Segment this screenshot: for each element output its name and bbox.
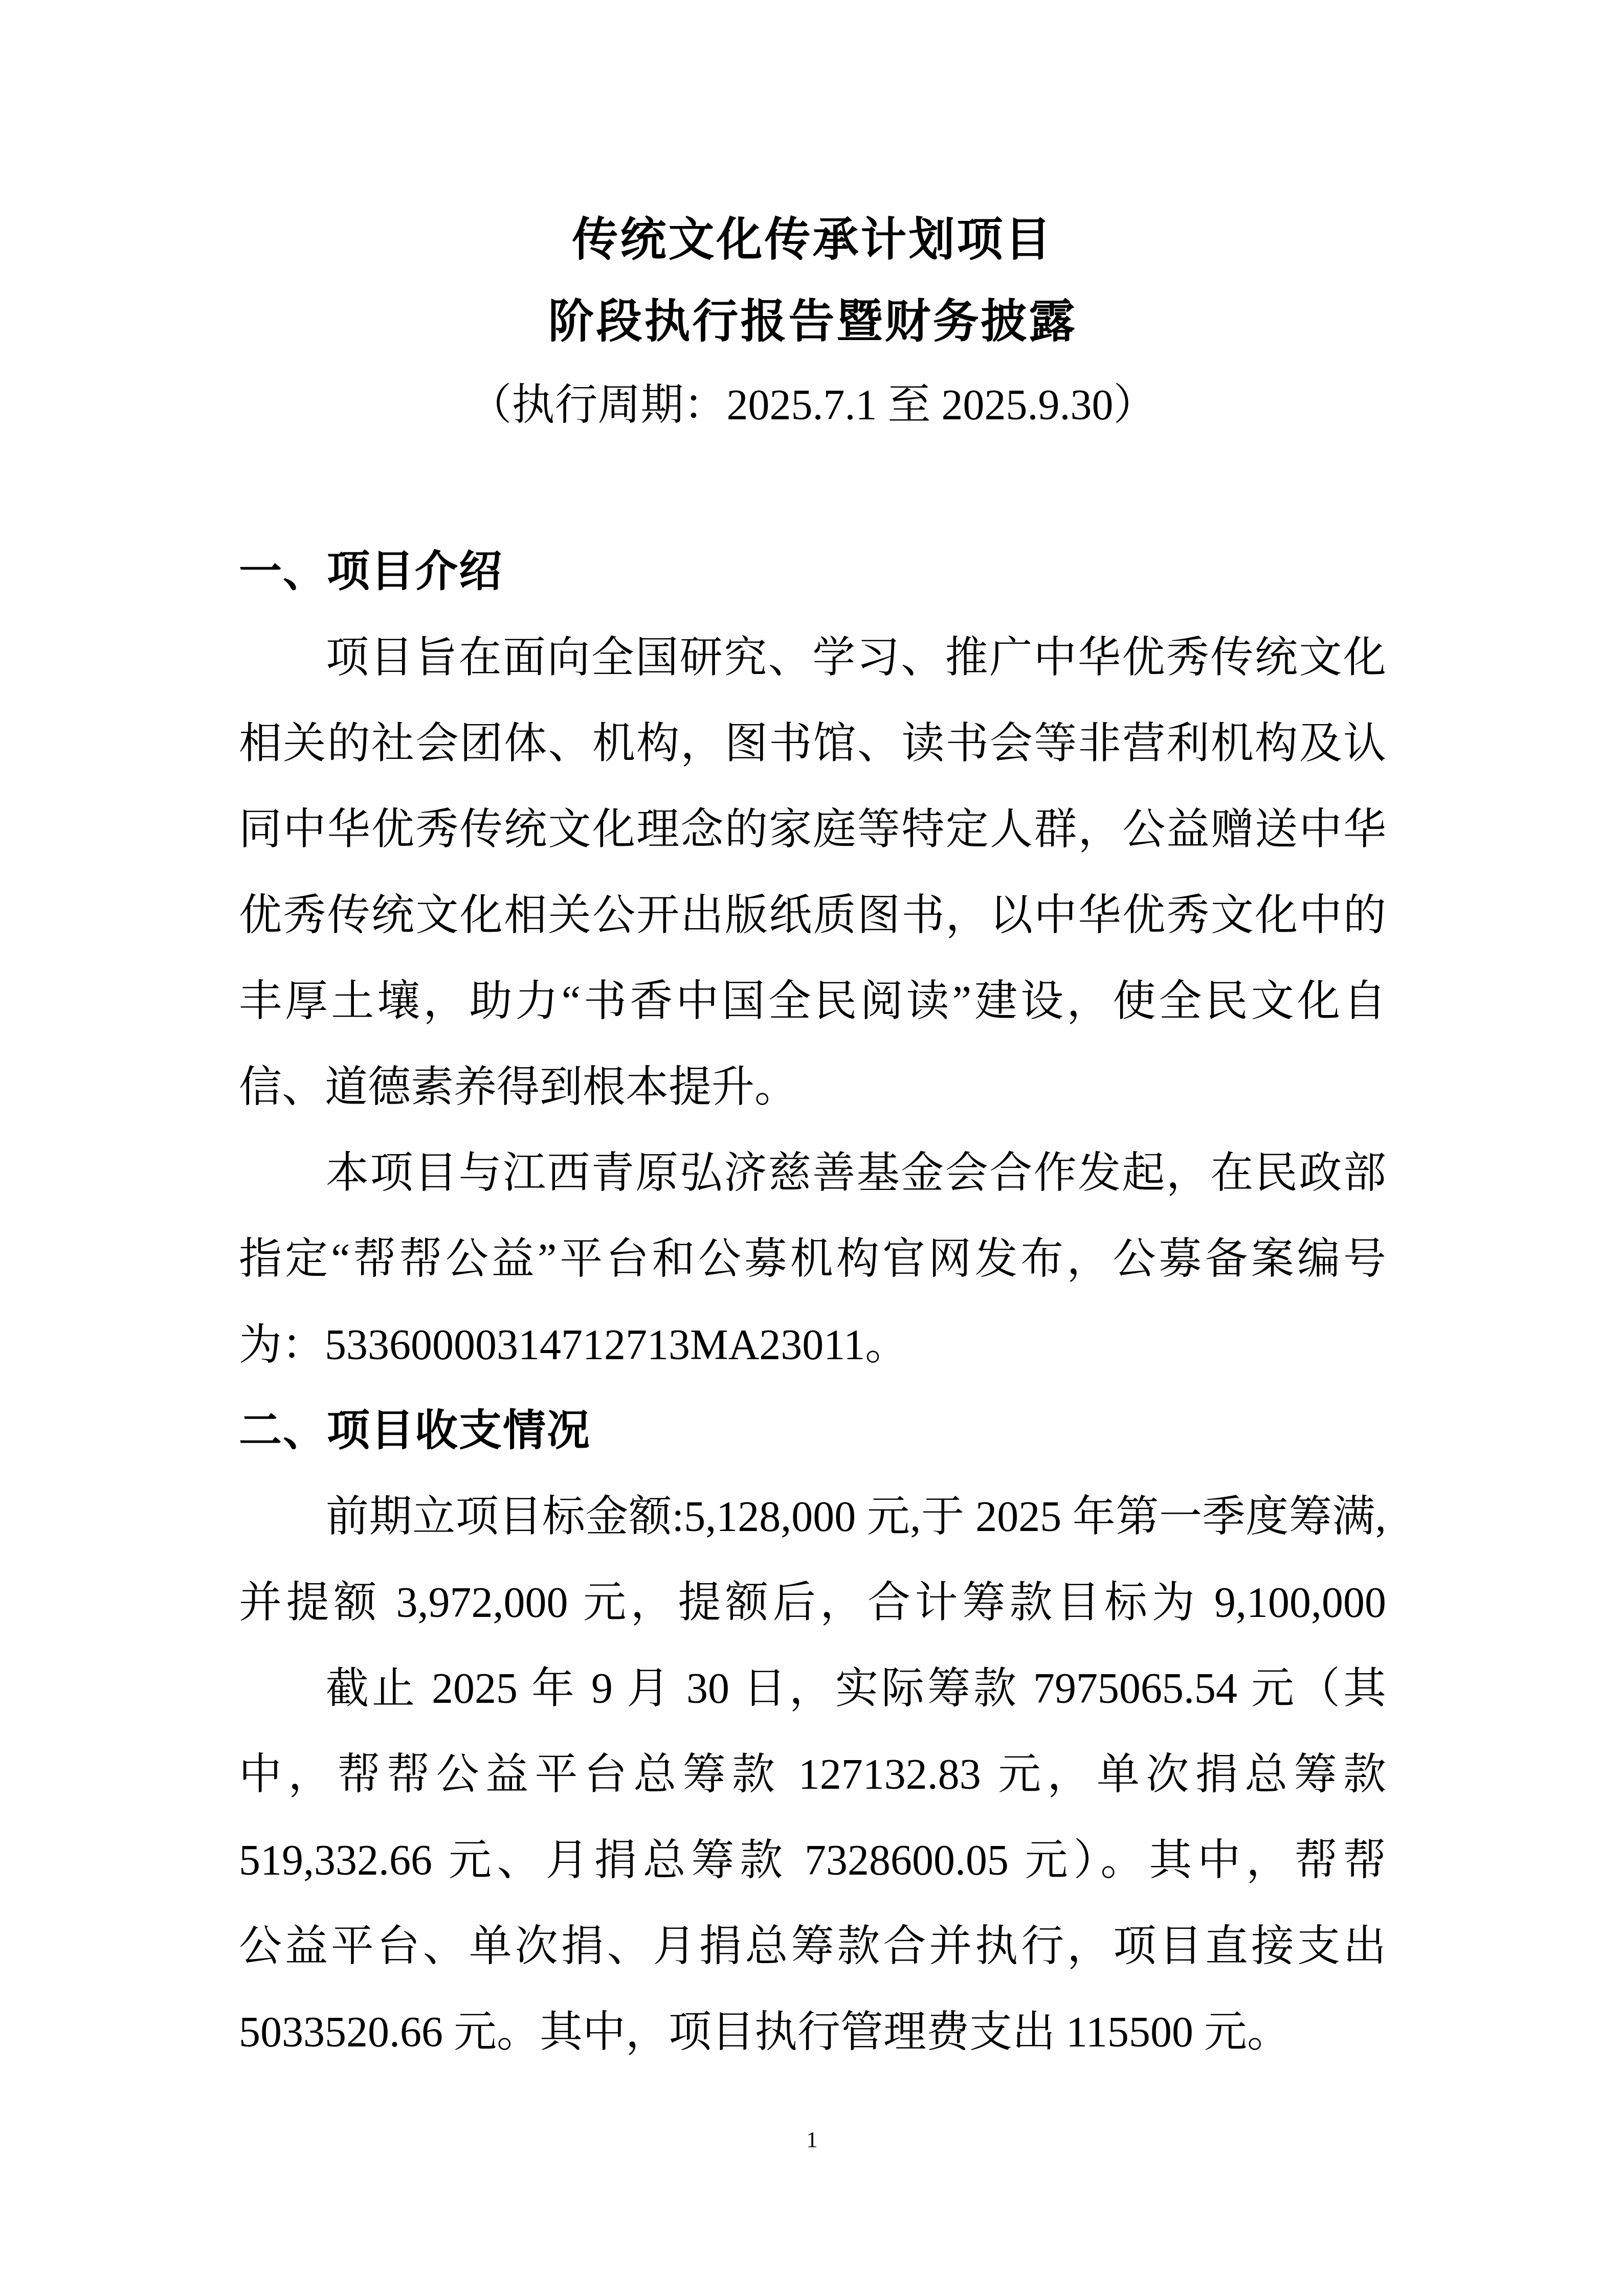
paragraph-cooperation-filing: 本项目与江西青原弘济慈善基金会合作发起，在民政部 指定“帮帮公益”平台和公募机构… xyxy=(239,1131,1386,1388)
body-line: 前期立项目标金额:5,128,000 元,于 2025 年第一季度筹满, xyxy=(239,1474,1386,1560)
paragraph-fundraising-target: 前期立项目标金额:5,128,000 元,于 2025 年第一季度筹满, 并提额… xyxy=(239,1474,1386,1646)
body-line: 项目旨在面向全国研究、学习、推广中华优秀传统文化 xyxy=(239,615,1386,701)
body-line: 本项目与江西青原弘济慈善基金会合作发起，在民政部 xyxy=(239,1131,1386,1217)
body-line: 优秀传统文化相关公开出版纸质图书，以中华优秀文化中的 xyxy=(239,873,1386,959)
page-number: 1 xyxy=(0,2125,1624,2155)
body-line: 信、道德素养得到根本提升。 xyxy=(239,1045,1386,1131)
doc-subtitle-execution-period: （执行周期：2025.7.1 至 2025.9.30） xyxy=(239,363,1386,447)
body-line: 519,332.66 元、月捐总筹款 7328600.05 元）。其中，帮帮 xyxy=(239,1818,1386,1904)
body-line: 丰厚土壤，助力“书香中国全民阅读”建设，使全民文化自 xyxy=(239,959,1386,1045)
body-line: 截止 2025 年 9 月 30 日，实际筹款 7975065.54 元（其 xyxy=(239,1646,1386,1732)
paragraph-project-intro: 项目旨在面向全国研究、学习、推广中华优秀传统文化 相关的社会团体、机构，图书馆、… xyxy=(239,615,1386,1131)
body-line: 指定“帮帮公益”平台和公募机构官网发布，公募备案编号 xyxy=(239,1217,1386,1302)
body-line: 中，帮帮公益平台总筹款 127132.83 元，单次捐总筹款 xyxy=(239,1732,1386,1818)
doc-title-line-1: 传统文化传承计划项目 xyxy=(239,199,1386,281)
body-line: 同中华优秀传统文化理念的家庭等特定人群，公益赠送中华 xyxy=(239,787,1386,873)
body-line: 公益平台、单次捐、月捐总筹款合并执行，项目直接支出 xyxy=(239,1904,1386,1990)
body-line: 为：53360000314712713MA23011。 xyxy=(239,1302,1386,1388)
body-line: 5033520.66 元。其中，项目执行管理费支出 115500 元。 xyxy=(239,1990,1386,2076)
doc-title-line-2: 阶段执行报告暨财务披露 xyxy=(239,281,1386,363)
title-body-gap xyxy=(239,447,1386,529)
document-page: 传统文化传承计划项目 阶段执行报告暨财务披露 （执行周期：2025.7.1 至 … xyxy=(0,0,1624,2296)
paragraph-actual-funds: 截止 2025 年 9 月 30 日，实际筹款 7975065.54 元（其 中… xyxy=(239,1646,1386,2076)
section-heading-income-expense: 二、项目收支情况 xyxy=(239,1388,1386,1474)
body-line: 并提额 3,972,000 元，提额后，合计筹款目标为 9,100,000 元。 xyxy=(239,1560,1386,1646)
section-heading-project-intro: 一、项目介绍 xyxy=(239,529,1386,615)
body-line: 相关的社会团体、机构，图书馆、读书会等非营利机构及认 xyxy=(239,701,1386,787)
